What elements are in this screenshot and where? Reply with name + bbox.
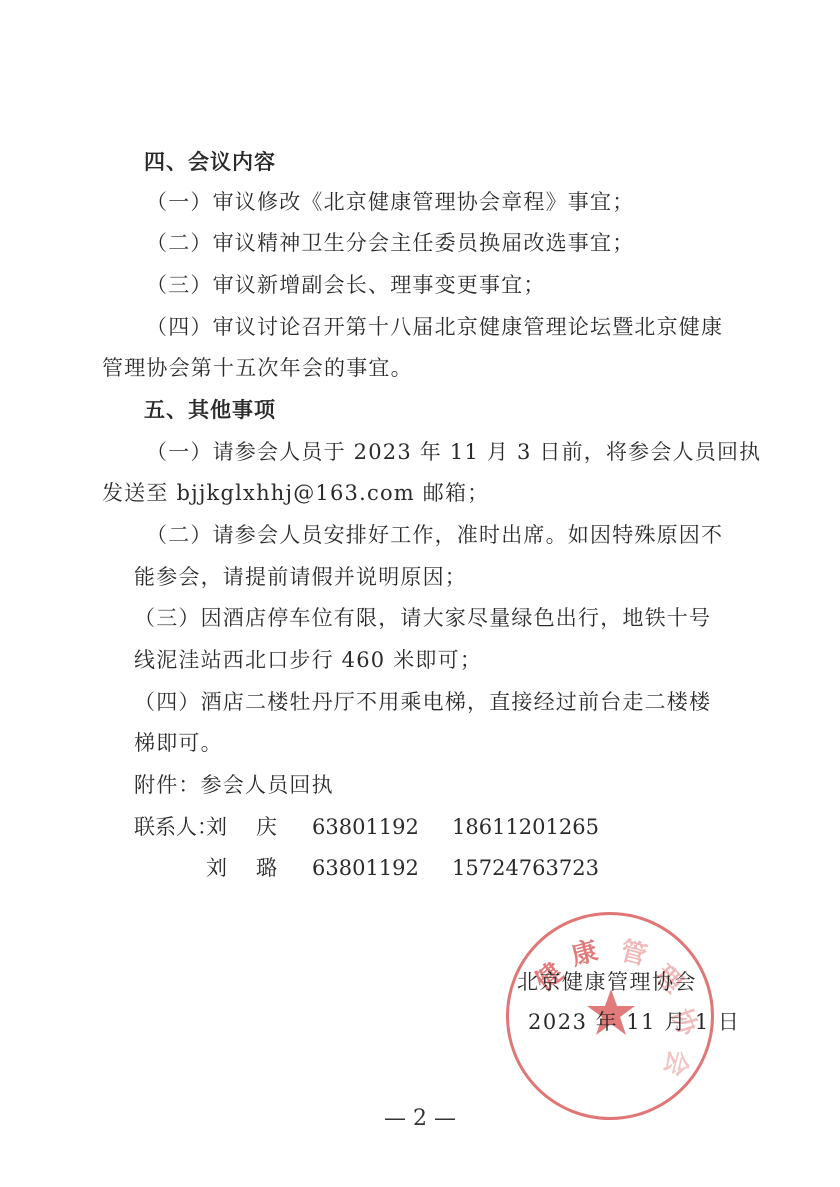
section-5-item-3-cont: 线泥洼站西北口步行 460 米即可； (134, 645, 482, 675)
section-4-item-4: （四）审议讨论召开第十八届北京健康管理论坛暨北京健康 (146, 312, 723, 342)
attachment-line: 附件：参会人员回执 (134, 770, 334, 800)
contact-mobile: 15724763723 (452, 853, 599, 883)
contact-name: 刘 璐 (206, 853, 281, 883)
page-number: — 2 — (0, 1106, 840, 1131)
section-5-item-1-cont: 发送至 bjjkglxhhj@163.com 邮箱； (102, 478, 489, 508)
section-5-title: 五、其他事项 (144, 395, 276, 425)
contact-row-1: 联系人： 刘 庆 63801192 18611201265 (134, 812, 754, 842)
seal-char: 会 (657, 1046, 699, 1081)
section-4-item-1: （一）审议修改《北京健康管理协会章程》事宜； (146, 187, 634, 217)
signing-date: 2023 年 11 月 1 日 (528, 1007, 740, 1037)
section-5-item-2: （二）请参会人员安排好工作，准时出席。如因特殊原因不 (146, 520, 723, 550)
contact-name: 刘 庆 (206, 812, 281, 842)
contact-mobile: 18611201265 (452, 812, 599, 842)
signing-organization: 北京健康管理协会 (517, 967, 697, 997)
section-4-title: 四、会议内容 (144, 147, 276, 177)
section-5-item-4: （四）酒店二楼牡丹厅不用乘电梯，直接经过前台走二楼楼 (134, 687, 711, 717)
contact-phone: 63801192 (312, 812, 419, 842)
section-4-item-4-cont: 管理协会第十五次年会的事宜。 (102, 353, 413, 383)
section-5-item-1: （一）请参会人员于 2023 年 11 月 3 日前，将参会人员回执 (146, 437, 761, 467)
section-5-item-4-cont: 梯即可。 (134, 728, 223, 758)
document-page: 四、会议内容 （一）审议修改《北京健康管理协会章程》事宜； （二）审议精神卫生分… (0, 0, 840, 1187)
section-5-item-2-cont: 能参会，请提前请假并说明原因； (134, 562, 467, 592)
contact-row-2: 刘 璐 63801192 15724763723 (134, 853, 754, 883)
section-4-item-3: （三）审议新增副会长、理事变更事宜； (146, 270, 546, 300)
section-5-item-3: （三）因酒店停车位有限，请大家尽量绿色出行，地铁十号 (134, 603, 711, 633)
section-4-item-2: （二）审议精神卫生分会主任委员换届改选事宜； (146, 228, 634, 258)
contact-phone: 63801192 (312, 853, 419, 883)
